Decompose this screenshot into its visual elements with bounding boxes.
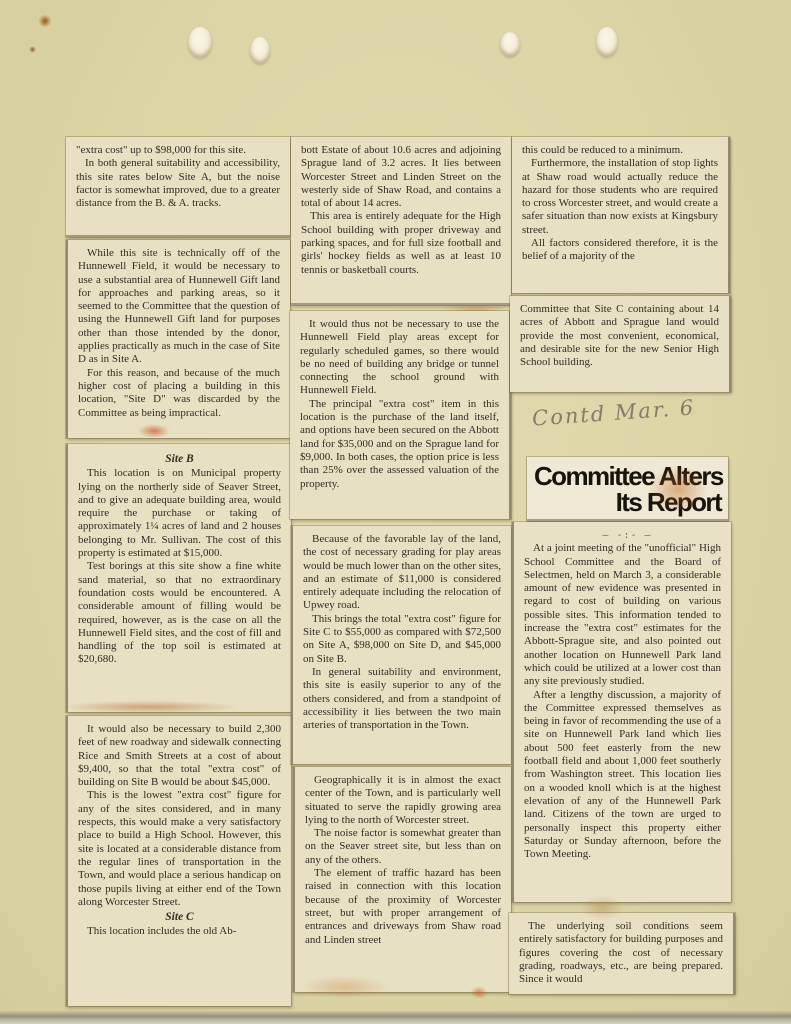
clipping-stop-lights: this could be reduced to a minimum. Furt…: [512, 137, 730, 293]
stain: [38, 15, 52, 27]
clipping-paragraph: Geographically it is in almost the exact…: [305, 774, 501, 827]
punch-hole: [188, 27, 212, 58]
clipping-paragraph: bott Estate of about 10.6 acres and adjo…: [301, 144, 501, 210]
page-bottom-edge: [0, 1011, 791, 1024]
punch-hole: [250, 37, 270, 64]
clipping-paragraph: The principal "extra cost" item in this …: [300, 398, 499, 491]
clipping-paragraph: For this reason, and because of the much…: [78, 367, 280, 420]
clipping-paragraph: This area is entirely adequate for the H…: [301, 210, 501, 276]
clipping-site-b-cost-site-c: It would also be necessary to build 2,30…: [66, 716, 291, 1006]
clipping-paragraph: While this site is technically off of th…: [78, 247, 280, 367]
clipping-soil-conditions: The underlying soil conditions seem enti…: [509, 913, 735, 994]
stain: [29, 46, 36, 53]
clipping-hunnewell-field-options: It would thus not be necessary to use th…: [290, 311, 511, 519]
handwritten-note: Contd Mar. 6: [531, 395, 696, 430]
clipping-paragraph: Committee that Site C containing about 1…: [520, 303, 719, 369]
clipping-site-d-extra-cost: "extra cost" up to $98,000 for this site…: [66, 137, 290, 237]
clipping-paragraph: This is the lowest "extra cost" figure f…: [78, 789, 281, 909]
site-c-heading: Site C: [78, 911, 281, 924]
clipping-paragraph: It would also be necessary to build 2,30…: [78, 723, 281, 789]
site-b-heading: Site B: [78, 453, 281, 466]
clipping-committee-alters-article: — -:- — At a joint meeting of the "unoff…: [512, 522, 731, 902]
clipping-paragraph: The element of traffic hazard has been r…: [305, 867, 501, 947]
clipping-site-d-discarded: While this site is technically off of th…: [66, 240, 290, 438]
scrapbook-page: "extra cost" up to $98,000 for this site…: [0, 0, 791, 1024]
clipping-abbott-estate: bott Estate of about 10.6 acres and adjo…: [291, 137, 511, 305]
clipping-site-b: Site B This location is on Municipal pro…: [66, 444, 291, 712]
clipping-grading-costs: Because of the favorable lay of the land…: [291, 526, 511, 764]
clipping-paragraph: The underlying soil conditions seem enti…: [519, 920, 723, 986]
clipping-paragraph: This location is on Municipal property l…: [78, 467, 281, 560]
clipping-geography-traffic: Geographically it is in almost the exact…: [293, 767, 511, 992]
clipping-paragraph: After a lengthy discussion, a majority o…: [524, 689, 721, 862]
clipping-paragraph: It would thus not be necessary to use th…: [300, 318, 499, 398]
clipping-paragraph: In both general suitability and accessib…: [76, 157, 280, 210]
clipping-committee-belief: Committee that Site C containing about 1…: [510, 296, 731, 392]
clipping-paragraph: "extra cost" up to $98,000 for this site…: [76, 144, 280, 157]
clipping-paragraph: This location includes the old Ab-: [78, 925, 281, 938]
clipping-paragraph: This brings the total "extra cost" figur…: [303, 613, 501, 666]
headline-line1: Committee Alters: [534, 463, 721, 489]
clipping-paragraph: this could be reduced to a minimum.: [522, 144, 718, 157]
headline-line2: Its Report: [534, 489, 721, 515]
punch-hole: [500, 32, 520, 57]
clipping-paragraph: The noise factor is somewhat greater tha…: [305, 827, 501, 867]
clipping-paragraph: Furthermore, the installation of stop li…: [522, 157, 718, 237]
clipping-paragraph: In general suitability and environment, …: [303, 666, 501, 732]
headline-divider: — -:- —: [524, 529, 721, 542]
clipping-paragraph: Test borings at this site show a fine wh…: [78, 560, 281, 666]
clipping-paragraph: Because of the favorable lay of the land…: [303, 533, 501, 613]
punch-hole: [596, 27, 618, 57]
headline-clipping: Committee Alters Its Report: [527, 457, 728, 521]
clipping-paragraph: All factors considered therefore, it is …: [522, 237, 718, 264]
clipping-paragraph: At a joint meeting of the "unofficial" H…: [524, 542, 721, 688]
